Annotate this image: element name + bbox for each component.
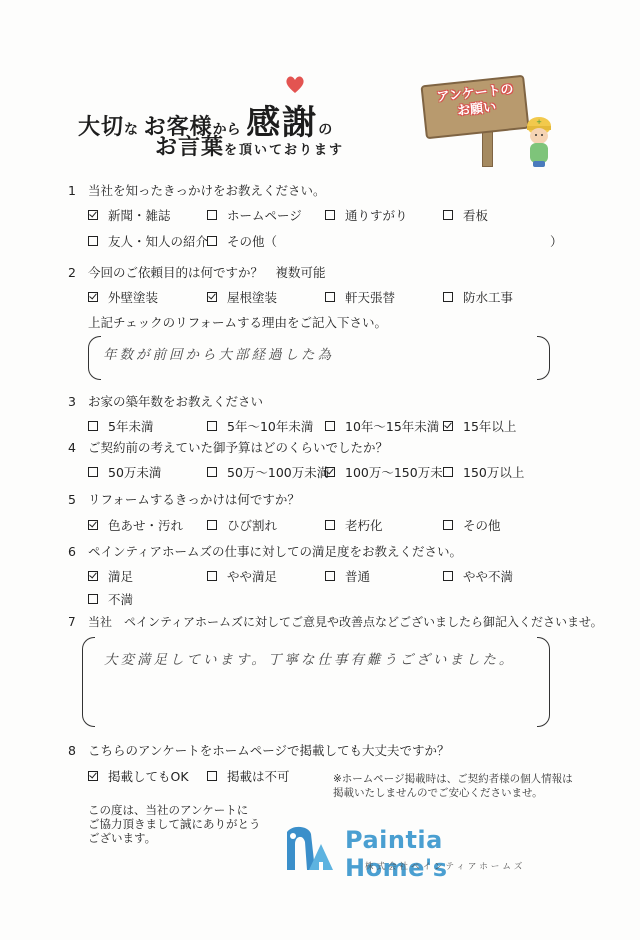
question-6: 6ペインティアホームズの仕事に対しての満足度をお教えください。 [68, 542, 462, 560]
option-label: 150万以上 [463, 463, 524, 481]
question-4: 4ご契約前の考えていた御予算はどのくらいでしたか？ [68, 438, 388, 456]
checkbox-checked[interactable] [88, 520, 98, 530]
worker-character-icon: + [524, 112, 554, 168]
q8-option-ok[interactable]: 掲載してもOK [88, 767, 189, 785]
q5-option-fading[interactable]: 色あせ・汚れ [88, 516, 183, 534]
q2-sub-question: 上記チェックのリフォームする理由をご記入下さい。 [88, 313, 387, 331]
left-bracket [82, 637, 95, 727]
checkbox-checked[interactable] [88, 571, 98, 581]
thanks-message: この度は、当社のアンケートに ご協力頂きまして誠にありがとう ございます。 [88, 803, 261, 845]
option-label: 10年～15年未満 [345, 417, 439, 435]
checkbox-checked[interactable] [88, 210, 98, 220]
q2-option-exterior-wall[interactable]: 外壁塗装 [88, 288, 158, 306]
q6-option-satisfied[interactable]: 満足 [88, 567, 133, 585]
survey-request-sign: アンケートの お願い + [420, 70, 560, 170]
checkbox[interactable] [443, 467, 453, 477]
option-label: その他 [463, 516, 501, 534]
q4-option-100-150[interactable]: 100万～150万未満 [325, 463, 443, 481]
checkbox-checked[interactable] [88, 292, 98, 302]
q4-option-under-50[interactable]: 50万未満 [88, 463, 161, 481]
question-number: 8 [68, 743, 88, 758]
q3-option-over-15[interactable]: 15年以上 [443, 417, 516, 435]
option-label: 100万～150万未満 [345, 463, 443, 481]
checkbox-checked[interactable] [443, 421, 453, 431]
question-5: 5リフォームするきっかけは何ですか？ [68, 490, 300, 508]
q8-option-not-allowed[interactable]: 掲載は不可 [207, 767, 290, 785]
right-bracket [537, 637, 550, 727]
question-text: お家の築年数をお教えください [88, 394, 263, 409]
q1-option-signboard[interactable]: 看板 [443, 206, 488, 224]
q1-other-close-paren: ） [550, 232, 563, 250]
survey-page: 大切な お客様から 感謝の お言葉を頂いております アンケートの お願い + 1… [0, 0, 640, 940]
question-number: 1 [68, 183, 88, 198]
checkbox[interactable] [207, 520, 217, 530]
title-text: 大切 [78, 114, 124, 140]
paren: ） [550, 232, 563, 250]
question-number: 4 [68, 440, 88, 455]
question-text: ご契約前の考えていた御予算はどのくらいでしたか？ [88, 440, 388, 455]
option-label: やや満足 [227, 567, 277, 585]
q6-option-dissatisfied[interactable]: 不満 [88, 590, 133, 608]
option-label: 不満 [108, 590, 133, 608]
q1-option-referral[interactable]: 友人・知人の紹介 [88, 232, 208, 250]
option-label: 15年以上 [463, 417, 516, 435]
checkbox[interactable] [325, 292, 335, 302]
header-title-line2: お言葉を頂いております [155, 130, 344, 161]
question-7: 7当社 ペインティアホームズに対してご意見や改善点などございましたら御記入くださ… [68, 613, 603, 630]
q1-option-other[interactable]: その他（ [207, 232, 277, 250]
thanks-line: ございます。 [88, 831, 261, 845]
left-bracket [88, 336, 101, 380]
svg-text:+: + [536, 118, 542, 126]
option-label: その他（ [227, 232, 277, 250]
checkbox-checked[interactable] [207, 292, 217, 302]
q4-option-50-100[interactable]: 50万～100万未満 [207, 463, 329, 481]
checkbox-checked[interactable] [325, 467, 335, 477]
house-logo-icon [285, 824, 333, 872]
question-number: 6 [68, 544, 88, 559]
q5-option-aging[interactable]: 老朽化 [325, 516, 383, 534]
option-label: 掲載してもOK [108, 767, 189, 785]
thanks-line: ご協力頂きまして誠にありがとう [88, 817, 261, 831]
checkbox[interactable] [443, 292, 453, 302]
option-label: 色あせ・汚れ [108, 516, 183, 534]
option-label: 5年～10年未満 [227, 417, 313, 435]
question-text: 当社 ペインティアホームズに対してご意見や改善点などございましたら御記入ください… [88, 615, 603, 629]
q6-option-somewhat-satisfied[interactable]: やや満足 [207, 567, 277, 585]
checkbox[interactable] [443, 210, 453, 220]
checkbox[interactable] [88, 421, 98, 431]
question-number: 5 [68, 492, 88, 507]
title-text: お言葉 [155, 134, 224, 160]
question-8: 8こちらのアンケートをホームページで掲載しても大丈夫ですか？ [68, 741, 450, 759]
q1-option-newspaper[interactable]: 新聞・雑誌 [88, 206, 171, 224]
q5-option-cracks[interactable]: ひび割れ [207, 516, 277, 534]
checkbox[interactable] [207, 421, 217, 431]
q2-option-roof[interactable]: 屋根塗装 [207, 288, 277, 306]
option-label: 満足 [108, 567, 133, 585]
logo-subtitle: 株式会社ペインティアホームズ [365, 860, 525, 872]
right-bracket [537, 336, 550, 380]
q3-option-under-5[interactable]: 5年未満 [88, 417, 153, 435]
q6-option-average[interactable]: 普通 [325, 567, 370, 585]
checkbox[interactable] [207, 236, 217, 246]
question-number: 7 [68, 615, 88, 629]
checkbox[interactable] [207, 771, 217, 781]
option-label: 看板 [463, 206, 488, 224]
note-line: ※ホームページ掲載時は、ご契約者様の個人情報は [333, 772, 573, 786]
option-label: 通りすがり [345, 206, 408, 224]
question-2: 2今回のご依頼目的は何ですか？ 複数可能 [68, 263, 326, 281]
option-label: ホームページ [227, 206, 302, 224]
checkbox[interactable] [207, 571, 217, 581]
option-label: ひび割れ [227, 516, 277, 534]
title-text: な [124, 122, 138, 138]
company-logo: Paintia Home's 株式会社ペインティアホームズ [285, 820, 545, 880]
option-label: 50万未満 [108, 463, 161, 481]
checkbox[interactable] [88, 236, 98, 246]
option-label: 普通 [345, 567, 370, 585]
q4-option-over-150[interactable]: 150万以上 [443, 463, 524, 481]
checkbox[interactable] [207, 210, 217, 220]
title-text: を頂いております [224, 143, 344, 158]
option-label: 掲載は不可 [227, 767, 290, 785]
checkbox[interactable] [88, 594, 98, 604]
checkbox[interactable] [325, 571, 335, 581]
q2-option-eaves[interactable]: 軒天張替 [325, 288, 395, 306]
option-label: 友人・知人の紹介 [108, 232, 208, 250]
q1-option-homepage[interactable]: ホームページ [207, 206, 302, 224]
question-1: 1当社を知ったきっかけをお教えください。 [68, 181, 326, 199]
checkbox[interactable] [443, 571, 453, 581]
privacy-note: ※ホームページ掲載時は、ご契約者様の個人情報は 掲載いたしませんのでご安心くださ… [333, 772, 573, 800]
option-label: 屋根塗装 [227, 288, 277, 306]
checkbox[interactable] [325, 210, 335, 220]
option-label: 外壁塗装 [108, 288, 158, 306]
option-label: 軒天張替 [345, 288, 395, 306]
thanks-line: この度は、当社のアンケートに [88, 803, 261, 817]
checkbox-checked[interactable] [88, 771, 98, 781]
option-label: 50万～100万未満 [227, 463, 329, 481]
option-label: 防水工事 [463, 288, 513, 306]
checkbox[interactable] [207, 467, 217, 477]
checkbox[interactable] [88, 467, 98, 477]
question-text: 今回のご依頼目的は何ですか？ 複数可能 [88, 265, 326, 280]
q3-option-5-10[interactable]: 5年～10年未満 [207, 417, 313, 435]
logo-name: Paintia Home's [345, 826, 545, 882]
question-text: リフォームするきっかけは何ですか？ [88, 492, 300, 507]
note-line: 掲載いたしませんのでご安心くださいませ。 [333, 786, 573, 800]
checkbox[interactable] [325, 421, 335, 431]
option-label: 老朽化 [345, 516, 383, 534]
q1-option-passing-by[interactable]: 通りすがり [325, 206, 408, 224]
q2-option-waterproofing[interactable]: 防水工事 [443, 288, 513, 306]
question-3: 3お家の築年数をお教えください [68, 392, 263, 410]
option-label: やや不満 [463, 567, 513, 585]
question-text: ペインティアホームズの仕事に対しての満足度をお教えください。 [88, 544, 462, 559]
question-number: 2 [68, 265, 88, 280]
heart-icon [284, 74, 306, 94]
checkbox[interactable] [443, 520, 453, 530]
q7-answer-text: 大変満足しています。丁寧な仕事有難うございました。 [104, 648, 515, 668]
question-text: 当社を知ったきっかけをお教えください。 [88, 183, 326, 198]
option-label: 新聞・雑誌 [108, 206, 171, 224]
checkbox[interactable] [325, 520, 335, 530]
q6-option-somewhat-dissatisfied[interactable]: やや不満 [443, 567, 513, 585]
q3-option-10-15[interactable]: 10年～15年未満 [325, 417, 439, 435]
question-number: 3 [68, 394, 88, 409]
option-label: 5年未満 [108, 417, 153, 435]
q5-option-other[interactable]: その他 [443, 516, 501, 534]
q2-answer-text: 年数が前回から大部経過した為 [103, 343, 334, 363]
question-text: こちらのアンケートをホームページで掲載しても大丈夫ですか？ [88, 743, 450, 758]
